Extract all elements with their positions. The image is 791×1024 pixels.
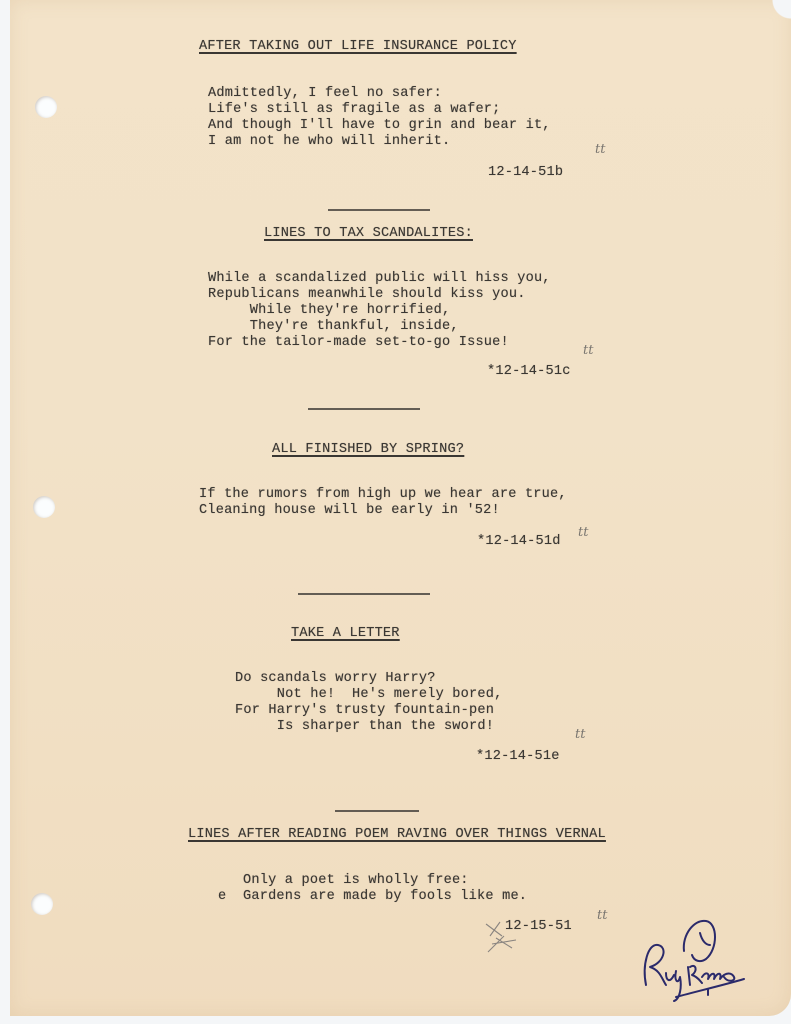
poem-line: While a scandalized public will hiss you… (208, 271, 551, 287)
poem-line: Gardens are made by fools like me. (243, 889, 527, 905)
poem-line: They're thankful, inside, (208, 319, 459, 335)
poem-line: For Harry's trusty fountain-pen (235, 703, 494, 719)
stray-typed-mark: e (218, 889, 226, 905)
punch-hole (35, 96, 57, 118)
punch-hole (33, 496, 55, 518)
poem-title: TAKE A LETTER (291, 626, 400, 642)
poem-line: Life's still as fragile as a wafer; (208, 102, 501, 118)
pencil-mark: tt (578, 525, 588, 540)
punch-hole (31, 893, 53, 915)
pencil-mark: tt (575, 727, 585, 742)
poem-line: And though I'll have to grin and bear it… (208, 118, 551, 134)
poem-line: While they're horrified, (208, 303, 450, 319)
poem-line: Cleaning house will be early in '52! (199, 503, 500, 519)
poem-date: 12-14-51b (488, 165, 563, 181)
signature (636, 915, 756, 1005)
section-divider (298, 593, 430, 595)
poem-title: ALL FINISHED BY SPRING? (272, 442, 464, 458)
poem-date: *12-14-51d (477, 534, 561, 550)
poem-line: Do scandals worry Harry? (235, 671, 436, 687)
poem-date: *12-14-51e (476, 749, 560, 765)
poem-line: Not he! He's merely bored, (235, 687, 502, 703)
poem-line: If the rumors from high up we hear are t… (199, 487, 567, 503)
section-divider (335, 810, 419, 812)
pencil-mark: tt (583, 343, 593, 358)
poem-title: LINES TO TAX SCANDALITES: (264, 226, 473, 242)
poem-title: AFTER TAKING OUT LIFE INSURANCE POLICY (199, 39, 517, 55)
poem-line: I am not he who will inherit. (208, 134, 450, 150)
section-divider (308, 408, 420, 410)
poem-line: Admittedly, I feel no safer: (208, 86, 442, 102)
poem-line: For the tailor-made set-to-go Issue! (208, 335, 509, 351)
poem-line: Is sharper than the sword! (235, 719, 494, 735)
poem-line: Only a poet is wholly free: (243, 873, 469, 889)
poem-date: *12-14-51c (487, 364, 571, 380)
pencil-mark: tt (597, 908, 607, 923)
poem-title: LINES AFTER READING POEM RAVING OVER THI… (188, 827, 606, 843)
poem-date: 12-15-51 (505, 919, 572, 935)
pencil-mark: tt (595, 142, 605, 157)
poem-line: Republicans meanwhile should kiss you. (208, 287, 526, 303)
section-divider (328, 209, 430, 211)
